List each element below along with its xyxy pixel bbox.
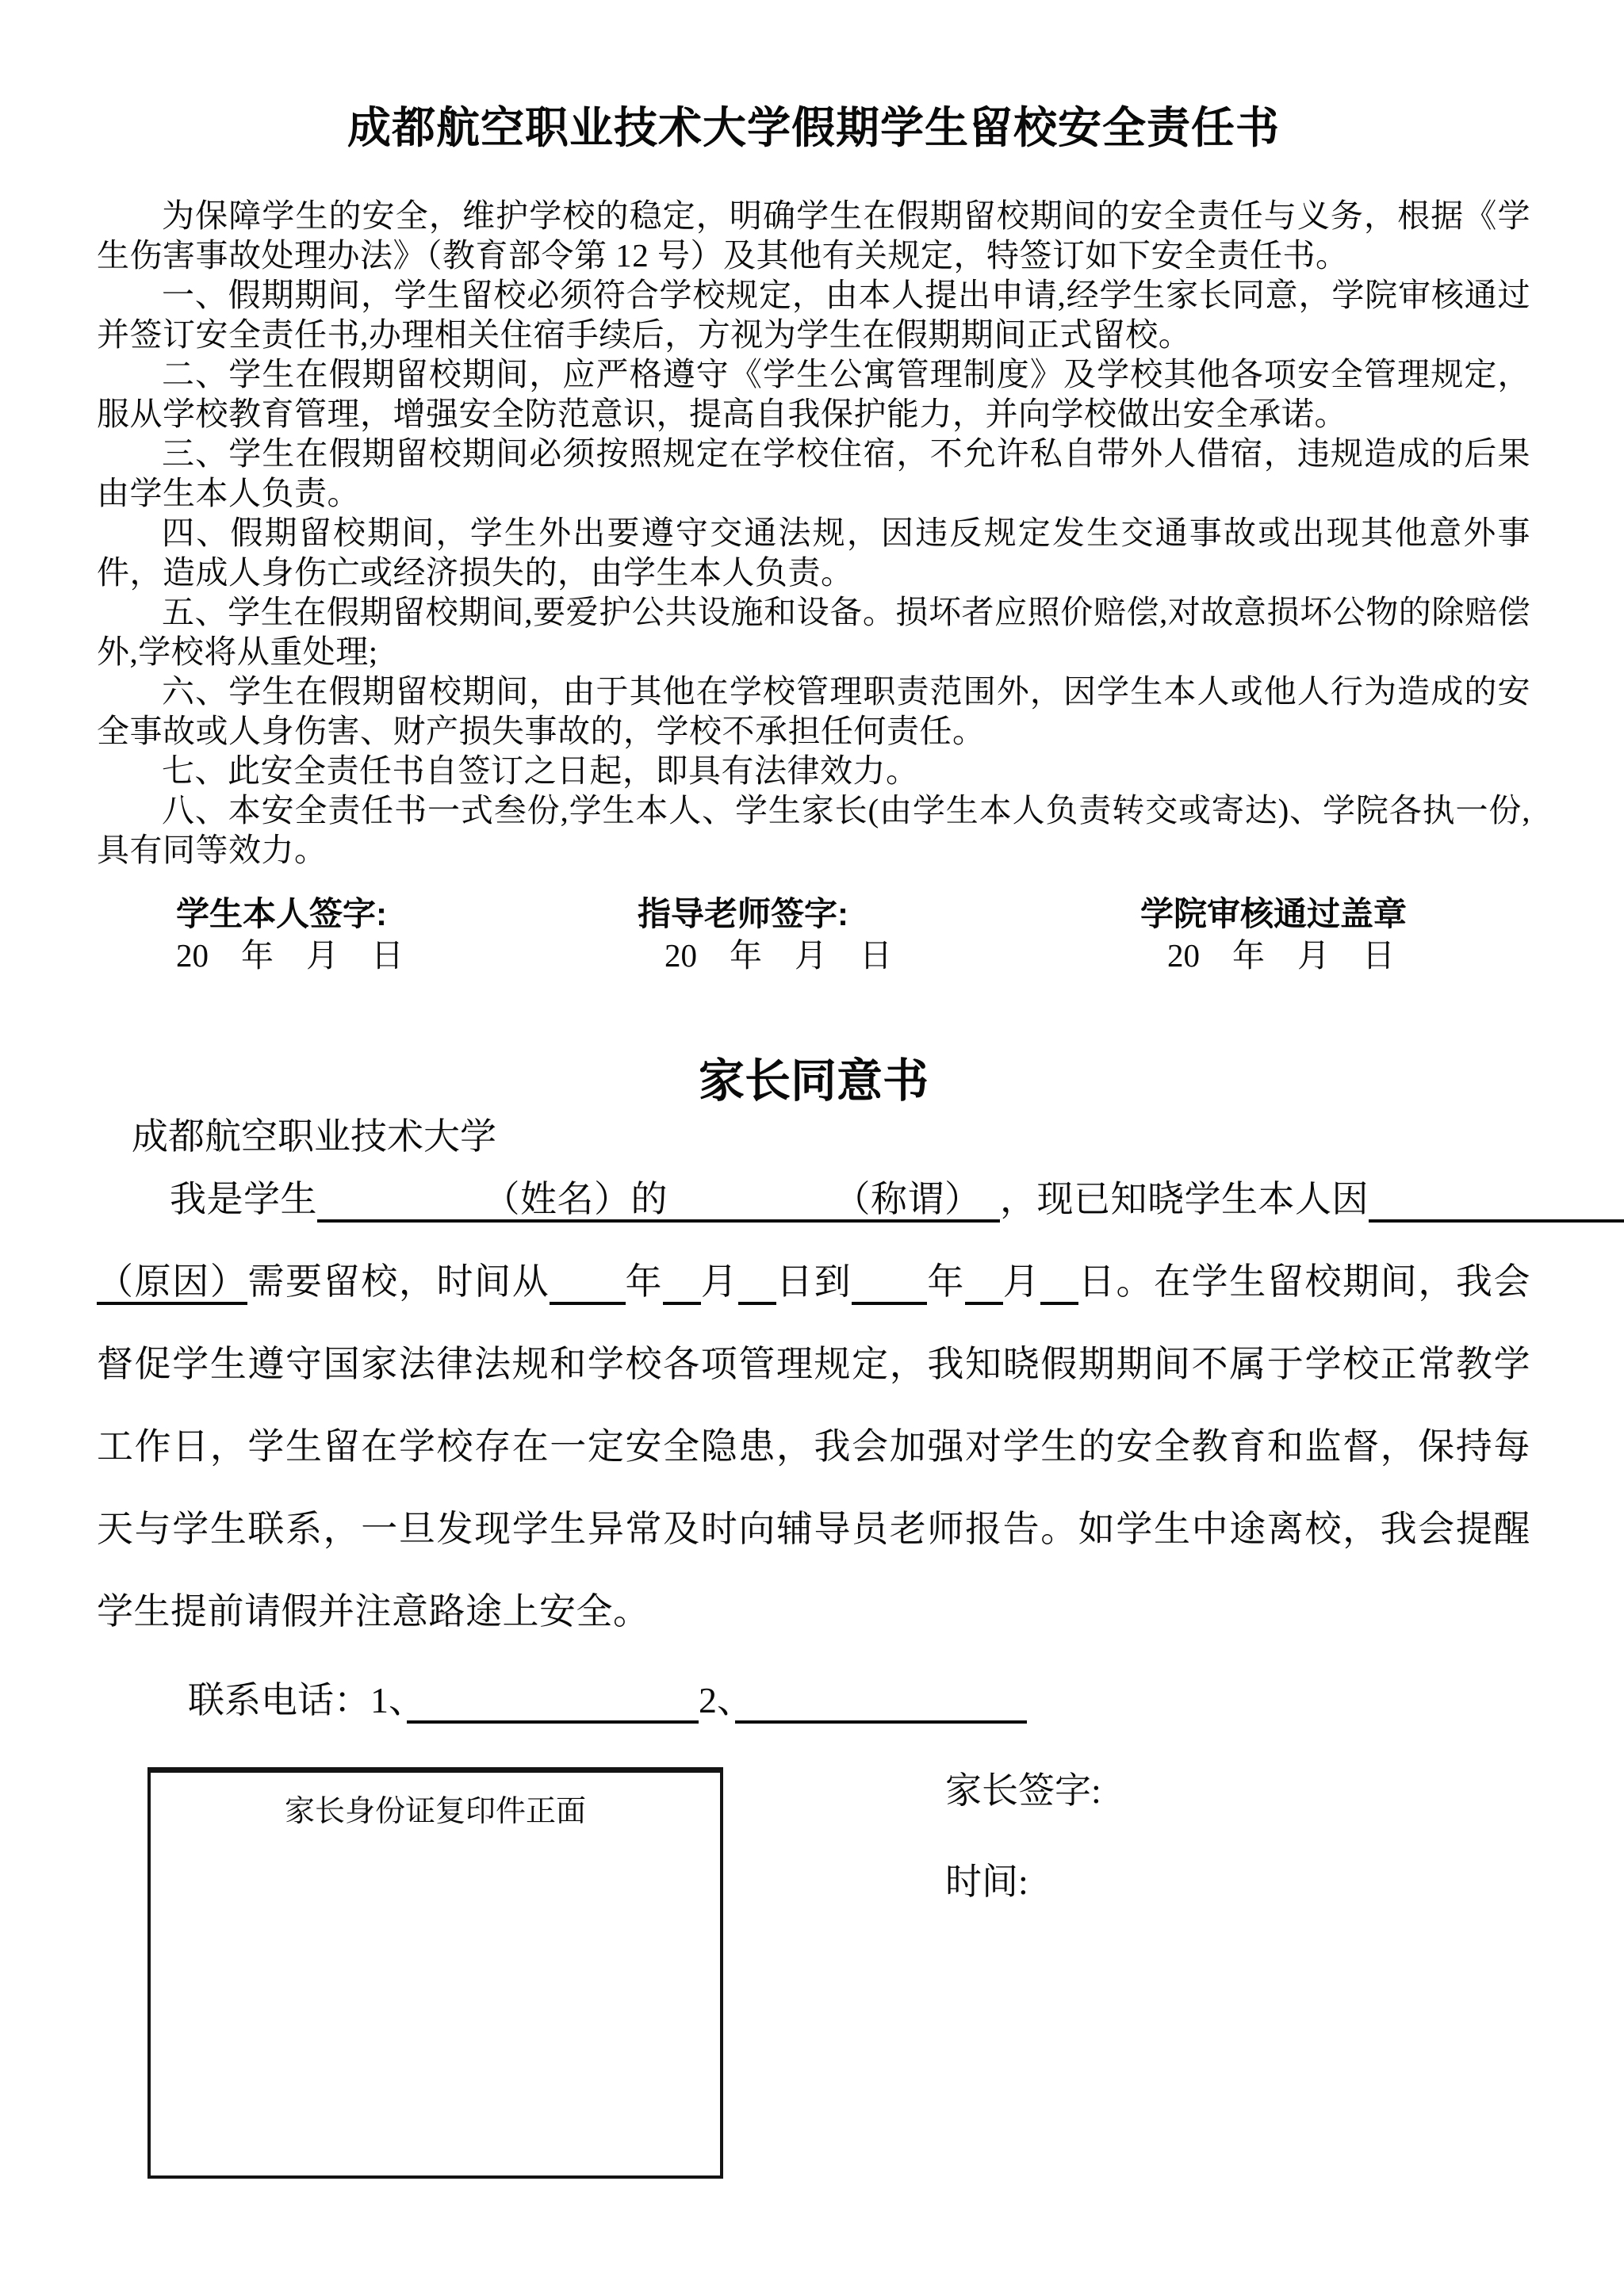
college-stamp-block: 学院审核通过盖章 20 年 月 日 <box>1140 894 1521 976</box>
time-label: 时间: <box>945 1858 1101 1906</box>
parent-id-copy-box: 家长身份证复印件正面 <box>147 1767 723 2179</box>
phone-2-blank-field <box>735 1680 1027 1724</box>
college-stamp-date: 20 年 月 日 <box>1140 935 1521 976</box>
consent-text-segment: 年 <box>626 1261 664 1302</box>
contact-phone-label: 联系电话：1、 <box>188 1680 407 1720</box>
agreement-paragraph-intro: 为保障学生的安全，维护学校的稳定，明确学生在假期留校期间的安全责任与义务，根据《… <box>97 196 1530 275</box>
end-day-blank-field <box>1040 1261 1078 1305</box>
student-signature-date: 20 年 月 日 <box>176 935 557 976</box>
consent-text-segment: 日。在学生留校期间，我会督促学生遵守国家法律法规和学校各项管理规定，我知晓假期期… <box>97 1261 1530 1632</box>
parent-id-copy-label: 家长身份证复印件正面 <box>151 1793 720 1830</box>
consent-text-segment: ，现已知晓学生本人因 <box>1000 1179 1369 1219</box>
end-month-blank-field <box>965 1261 1003 1305</box>
bottom-section: 家长身份证复印件正面 家长签字: 时间: <box>97 1767 1530 2179</box>
agreement-paragraph-1: 一、假期期间，学生留校必须符合学校规定，由本人提出申请,经学生家长同意，学院审核… <box>97 275 1530 354</box>
phone-2-label: 2、 <box>699 1680 735 1720</box>
consent-text-segment: 月 <box>701 1261 739 1302</box>
teacher-signature-block: 指导老师签字: 20 年 月 日 <box>638 894 1018 976</box>
agreement-paragraph-3: 三、学生在假期留校期间必须按照规定在学校住宿，不允许私自带外人借宿，违规造成的后… <box>97 434 1530 513</box>
agreement-paragraph-7: 七、此安全责任书自签订之日起，即具有法律效力。 <box>97 751 1530 790</box>
document-title: 成都航空职业技术大学假期学生留校安全责任书 <box>97 103 1530 152</box>
end-year-blank-field <box>852 1261 927 1305</box>
teacher-signature-date: 20 年 月 日 <box>638 935 1018 976</box>
signature-row: 学生本人签字: 20 年 月 日 指导老师签字: 20 年 月 日 学院审核通过… <box>97 894 1530 976</box>
teacher-signature-label: 指导老师签字: <box>638 894 1018 935</box>
agreement-paragraph-6: 六、学生在假期留校期间，由于其他在学校管理职责范围外，因学生本人或他人行为造成的… <box>97 672 1530 751</box>
start-year-blank-field <box>550 1261 625 1305</box>
phone-1-blank-field <box>407 1680 699 1724</box>
contact-phone-line: 联系电话：1、 2、 <box>97 1659 1530 1742</box>
agreement-paragraph-8: 八、本安全责任书一式叁份,学生本人、学生家长(由学生本人负责转交或寄达)、学院各… <box>97 790 1530 870</box>
agreement-section: 为保障学生的安全，维护学校的稳定，明确学生在假期留校期间的安全责任与义务，根据《… <box>97 196 1530 870</box>
parent-signature-block: 家长签字: 时间: <box>945 1767 1101 1906</box>
name-blank-field: （姓名）的 （称谓） <box>317 1179 1000 1223</box>
consent-text-segment: 日到 <box>776 1261 852 1302</box>
consent-text-segment: 我是学生 <box>170 1179 317 1219</box>
start-month-blank-field <box>663 1261 701 1305</box>
consent-text-segment: 月 <box>1003 1261 1041 1302</box>
college-stamp-label: 学院审核通过盖章 <box>1140 894 1521 935</box>
start-day-blank-field <box>738 1261 776 1305</box>
consent-text-segment: 需要留校，时间从 <box>247 1261 550 1302</box>
consent-paragraph: 我是学生 （姓名）的 （称谓） ，现已知晓学生本人因 （原因）需要留校，时间从 … <box>97 1158 1530 1653</box>
agreement-paragraph-4: 四、假期留校期间，学生外出要遵守交通法规，因违反规定发生交通事故或出现其他意外事… <box>97 513 1530 592</box>
consent-school-name: 成都航空职业技术大学 <box>97 1115 1530 1158</box>
student-signature-label: 学生本人签字: <box>176 894 557 935</box>
student-signature-block: 学生本人签字: 20 年 月 日 <box>176 894 557 976</box>
parent-signature-label: 家长签字: <box>945 1767 1101 1815</box>
agreement-paragraph-5: 五、学生在假期留校期间,要爱护公共设施和设备。损坏者应照价赔偿,对故意损坏公物的… <box>97 592 1530 672</box>
agreement-paragraph-2: 二、学生在假期留校期间，应严格遵守《学生公寓管理制度》及学校其他各项安全管理规定… <box>97 354 1530 434</box>
consent-text-segment: 年 <box>927 1261 965 1302</box>
consent-title: 家长同意书 <box>97 1055 1530 1108</box>
document-page: 成都航空职业技术大学假期学生留校安全责任书 为保障学生的安全，维护学校的稳定，明… <box>0 0 1624 2296</box>
